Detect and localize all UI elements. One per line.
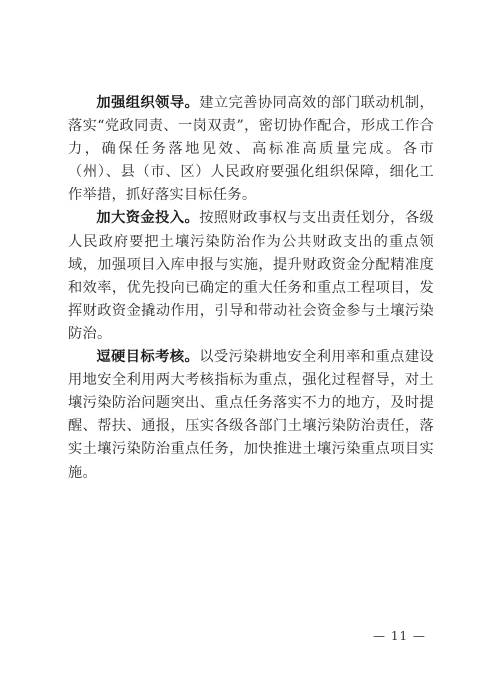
body-text: 加强组织领导。建立完善协同高效的部门联动机制，落实“党政同责、一岗双责”，密切协…	[68, 92, 434, 485]
paragraph-body: 以受污染耕地安全利用率和重点建设用地安全利用两大考核指标为重点，强化过程督导，对…	[68, 349, 434, 480]
paragraph-funding-investment: 加大资金投入。按照财政事权与支出责任划分，各级人民政府要把土壤污染防治作为公共财…	[68, 207, 434, 346]
document-page: 加强组织领导。建立完善协同高效的部门联动机制，落实“党政同责、一岗双责”，密切协…	[0, 0, 495, 699]
paragraph-heading: 加强组织领导。	[96, 95, 199, 111]
paragraph-heading: 加大资金投入。	[96, 210, 199, 226]
paragraph-target-assessment: 逗硬目标考核。以受污染耕地安全利用率和重点建设用地安全利用两大考核指标为重点，强…	[68, 346, 434, 485]
page-number: — 11 —	[373, 629, 426, 643]
paragraph-body: 建立完善协同高效的部门联动机制，落实“党政同责、一岗双责”，密切协作配合，形成工…	[68, 95, 434, 203]
paragraph-organization-leadership: 加强组织领导。建立完善协同高效的部门联动机制，落实“党政同责、一岗双责”，密切协…	[68, 92, 434, 207]
paragraph-heading: 逗硬目标考核。	[96, 349, 199, 365]
paragraph-body: 按照财政事权与支出责任划分，各级人民政府要把土壤污染防治作为公共财政支出的重点领…	[68, 210, 434, 341]
